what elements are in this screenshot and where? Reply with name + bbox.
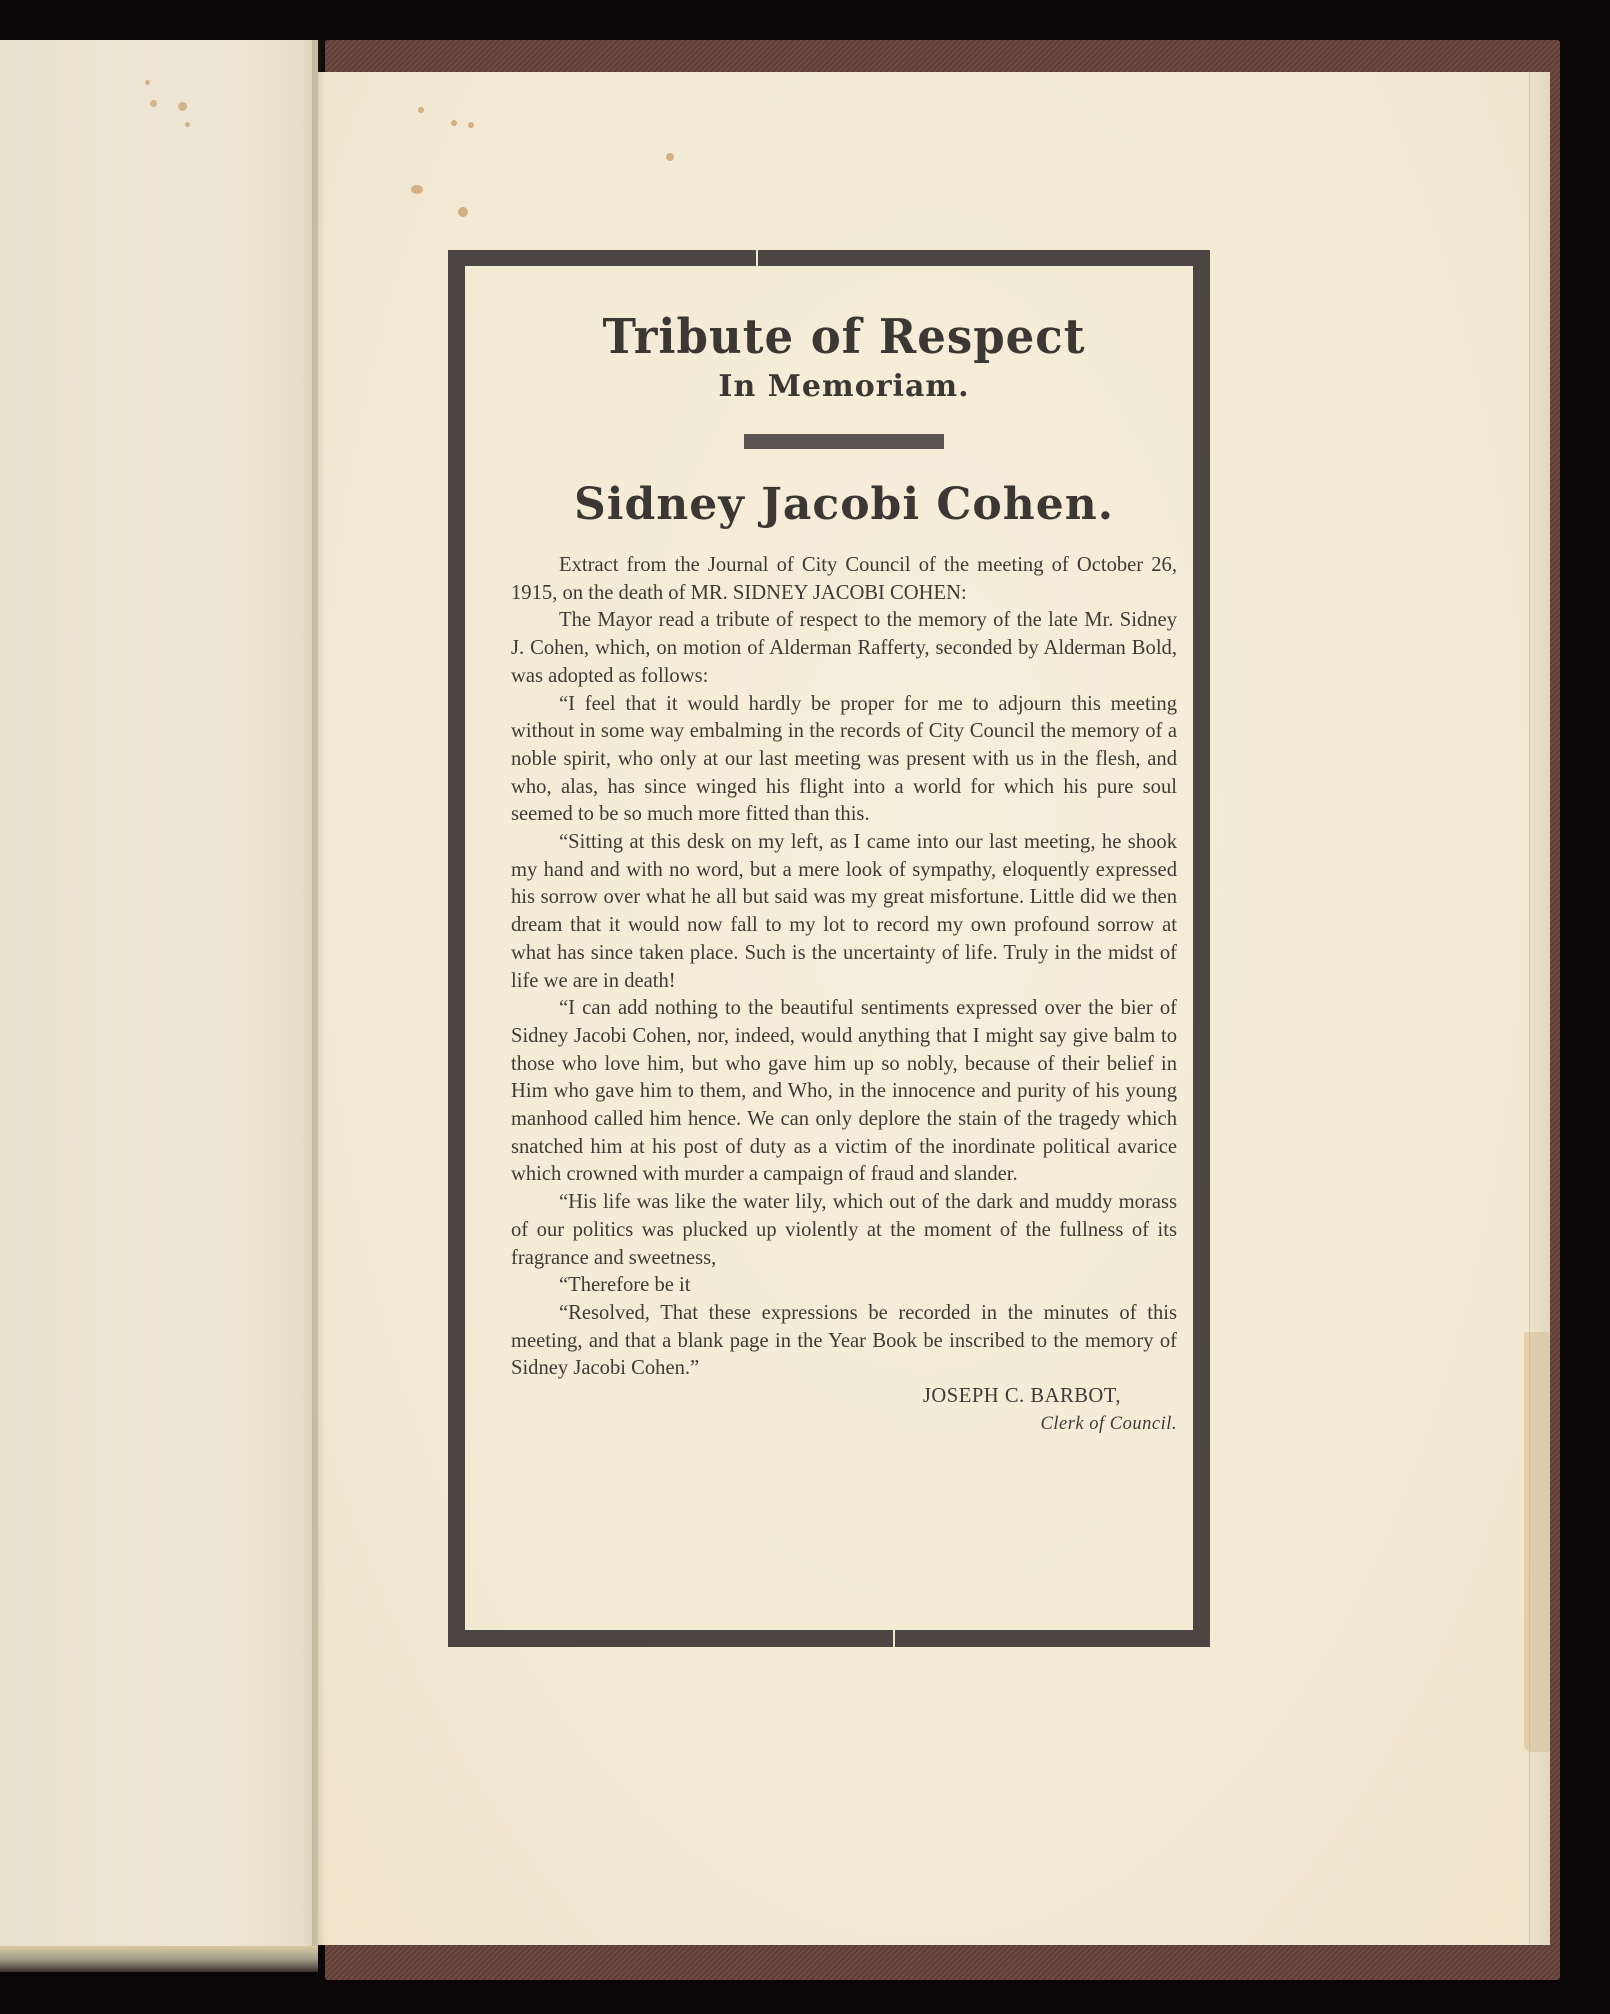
foxing-spot xyxy=(185,122,190,127)
foxing-spot xyxy=(468,122,474,128)
paragraph-quote-4: “His life was like the water lily, which… xyxy=(511,1189,1177,1272)
left-page-bottom-edge xyxy=(0,1946,318,1972)
paragraph-quote-1: “I feel that it would hardly be proper f… xyxy=(511,691,1177,830)
foxing-spot xyxy=(145,80,150,85)
honoree-name-heading: Sidney Jacobi Cohen. xyxy=(511,479,1177,530)
gutter-shadow xyxy=(312,40,326,1946)
foxing-spot xyxy=(451,120,457,126)
foxing-spot xyxy=(418,107,424,113)
foxing-spot xyxy=(458,207,468,217)
foxing-spot xyxy=(150,100,157,107)
memorial-content: Tribute of Respect In Memoriam. Sidney J… xyxy=(511,266,1177,1438)
paragraph-quote-2: “Sitting at this desk on my left, as I c… xyxy=(511,829,1177,995)
paragraph-extract: Extract from the Journal of City Council… xyxy=(511,552,1177,607)
foxing-spot xyxy=(666,153,674,161)
foxing-spot xyxy=(411,185,423,194)
paragraph-resolved: “Resolved, That these expressions be rec… xyxy=(511,1300,1177,1383)
tribute-body: Extract from the Journal of City Council… xyxy=(511,552,1177,1383)
page-subtitle: In Memoriam. xyxy=(511,369,1177,404)
edge-damage xyxy=(1524,1332,1550,1752)
paragraph-therefore: “Therefore be it xyxy=(511,1272,1177,1300)
signature-title: Clerk of Council. xyxy=(511,1411,1177,1438)
foxing-spot xyxy=(178,102,187,111)
frame-seam xyxy=(756,250,758,266)
decorative-rule xyxy=(744,434,944,449)
memorial-border-frame: Tribute of Respect In Memoriam. Sidney J… xyxy=(448,250,1210,1647)
signature-name: JOSEPH C. BARBOT, xyxy=(511,1383,1177,1411)
left-blank-page xyxy=(0,40,318,1946)
frame-seam xyxy=(893,1630,895,1647)
paragraph-quote-3: “I can add nothing to the beautiful sent… xyxy=(511,995,1177,1189)
paragraph-mayor: The Mayor read a tribute of respect to t… xyxy=(511,607,1177,690)
page-title: Tribute of Respect xyxy=(511,309,1177,365)
